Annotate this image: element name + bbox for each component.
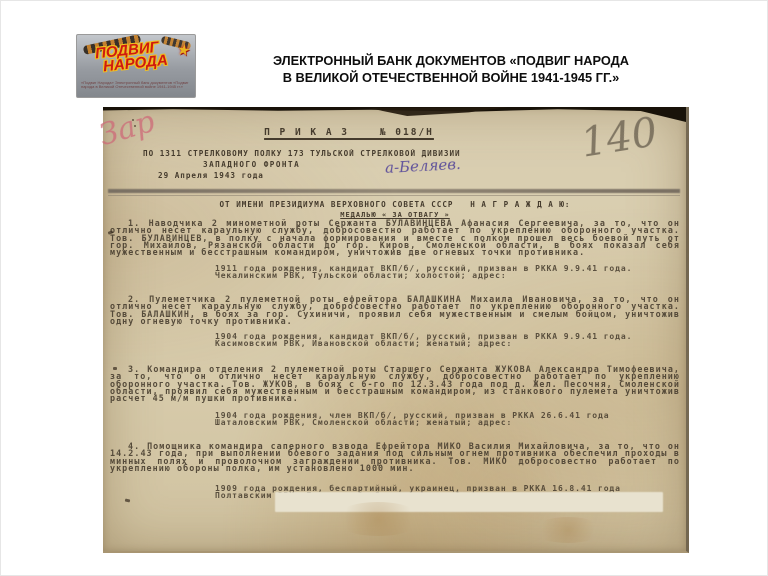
award-entry-1: 1. Наводчика 2 минометной роты Сержанта … xyxy=(110,220,680,257)
divider-rule xyxy=(108,189,680,193)
slide-title-line2: В ВЕЛИКОЙ ОТЕЧЕСТВЕННОЙ ВОЙНЕ 1941-1945 … xyxy=(225,69,677,86)
award-entry-1-bio: 1911 года рождения, кандидат ВКП/б/, рус… xyxy=(215,265,651,280)
slide-title: ЭЛЕКТРОННЫЙ БАНК ДОКУМЕНТОВ «ПОДВИГ НАРО… xyxy=(225,52,677,86)
star-icon: ★ xyxy=(175,40,191,60)
margin-mark xyxy=(125,499,131,503)
logo-word-naroda: НАРОДА xyxy=(102,54,168,74)
award-entry-2-bio: 1904 года рождения, кандидат ВКП/б/, рус… xyxy=(215,333,651,348)
paper-stain xyxy=(333,502,423,536)
red-handwritten-scribble: Зар xyxy=(95,104,158,153)
handwritten-signature: а-Беляев. xyxy=(385,155,462,177)
margin-mark xyxy=(113,367,117,370)
divider-rule-thin xyxy=(108,195,680,196)
presentation-slide: ПОДВИГ НАРОДА ★ «Подвиг Народа» Электрон… xyxy=(0,0,768,576)
paper-stain xyxy=(533,517,603,543)
logo-caption: «Подвиг Народа» Электронный банк докумен… xyxy=(81,81,192,94)
order-org-line2: ЗАПАДНОГО ФРОНТА xyxy=(203,160,300,169)
award-heading: ОТ ИМЕНИ ПРЕЗИДИУМА ВЕРХОВНОГО СОВЕТА СС… xyxy=(121,200,669,209)
scanned-document-image: Зар 140 а-Беляев. П Р И К А З № 018/Н ПО… xyxy=(103,107,689,553)
order-org-line1: ПО 1311 СТРЕЛКОВОМУ ПОЛКУ 173 ТУЛЬСКОЙ С… xyxy=(143,149,613,158)
podvig-naroda-logo: ПОДВИГ НАРОДА ★ «Подвиг Народа» Электрон… xyxy=(76,34,196,98)
order-date: 29 Апреля 1943 года xyxy=(158,171,264,180)
paper-speck xyxy=(132,119,134,121)
award-entry-4: 4. Помощника командира саперного взвода … xyxy=(110,443,680,472)
award-entry-2: 2. Пулеметчика 2 пулеметной роты ефрейто… xyxy=(110,296,680,325)
order-title: П Р И К А З № 018/Н xyxy=(231,127,467,138)
award-entry-3-bio: 1904 года рождения, член ВКП/б/, русский… xyxy=(215,412,651,427)
paper-speck xyxy=(134,125,136,127)
handwritten-page-number: 140 xyxy=(578,109,661,166)
redaction-box xyxy=(275,492,663,512)
scan-edge-tear xyxy=(368,107,508,116)
award-entry-3: 3. Командира отделения 2 пулеметной роты… xyxy=(110,366,680,403)
slide-title-line1: ЭЛЕКТРОННЫЙ БАНК ДОКУМЕНТОВ «ПОДВИГ НАРО… xyxy=(225,52,677,69)
